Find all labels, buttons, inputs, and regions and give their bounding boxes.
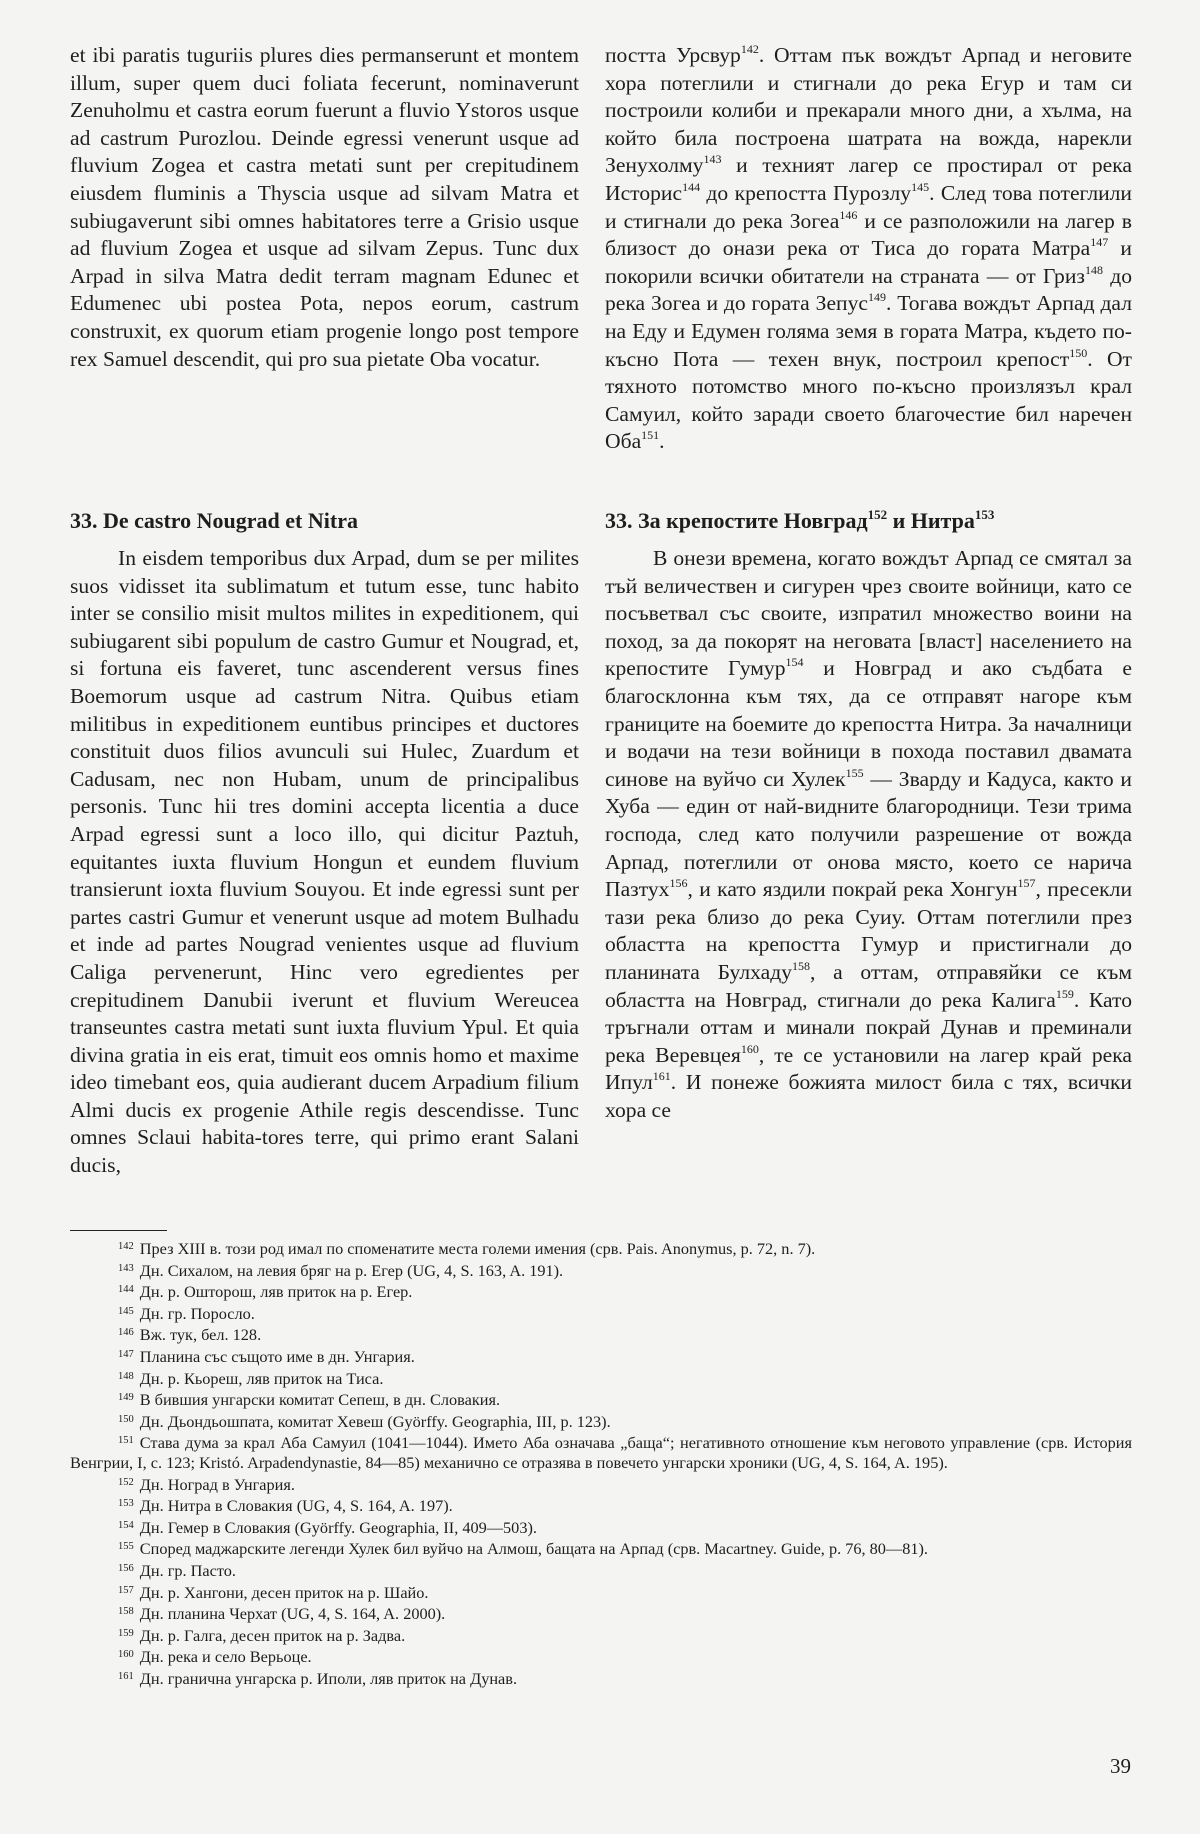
footnote-item: 151Става дума за крал Аба Самуил (1041—1… [70, 1431, 1132, 1472]
footnote-number: 148 [118, 1371, 134, 1382]
page-number: 39 [1110, 1754, 1131, 1779]
footnote-number: 155 [118, 1541, 134, 1552]
footnote-ref[interactable]: 145 [911, 180, 929, 194]
latin-chapter-paragraph: In eisdem temporibus dux Arpad, dum se p… [70, 545, 579, 1180]
footnote-number: 151 [118, 1435, 134, 1446]
footnote-item: 155Според маджарските легенди Хулек бил … [70, 1537, 1132, 1559]
footnote-number: 142 [118, 1241, 134, 1252]
footnote-number: 143 [118, 1263, 134, 1274]
footnote-ref[interactable]: 154 [786, 655, 804, 669]
bulgarian-intro-paragraph: постта Урсвур142. Оттам пък вождът Арпад… [605, 42, 1132, 456]
footnote-ref[interactable]: 149 [868, 290, 886, 304]
footnote-item: 142През XIII в. този род имал по спомена… [70, 1237, 1132, 1259]
footnote-ref[interactable]: 158 [792, 959, 810, 973]
footnote-ref[interactable]: 153 [975, 507, 995, 522]
footnote-item: 145Дн. гр. Поросло. [70, 1302, 1132, 1324]
bulgarian-column-intro: постта Урсвур142. Оттам пък вождът Арпад… [605, 42, 1132, 456]
footnote-number: 146 [118, 1327, 134, 1338]
footnote-number: 157 [118, 1585, 134, 1596]
footnote-ref[interactable]: 156 [669, 876, 687, 890]
footnote-item: 146Вж. тук, бел. 128. [70, 1323, 1132, 1345]
footnote-number: 159 [118, 1628, 134, 1639]
footnote-ref[interactable]: 143 [703, 152, 721, 166]
footnote-item: 157Дн. р. Хангони, десен приток на р. Ша… [70, 1581, 1132, 1603]
footnote-separator [70, 1230, 167, 1231]
footnote-ref[interactable]: 148 [1085, 263, 1103, 277]
footnote-ref[interactable]: 144 [682, 180, 700, 194]
bulgarian-chapter-heading: 33. За крепостите Новград152 и Нитра153 [605, 508, 994, 534]
footnotes: 142През XIII в. този род имал по спомена… [70, 1237, 1132, 1688]
footnote-ref[interactable]: 147 [1090, 235, 1108, 249]
footnote-number: 158 [118, 1606, 134, 1617]
footnote-item: 149В бившия унгарски комитат Сепеш, в дн… [70, 1388, 1132, 1410]
footnote-item: 143Дн. Сихалом, на левия бряг на р. Егер… [70, 1259, 1132, 1281]
bulgarian-column-chapter: В онези времена, когато вождът Арпад се … [605, 545, 1132, 1124]
bulgarian-chapter-paragraph: В онези времена, когато вождът Арпад се … [605, 545, 1132, 1124]
footnote-item: 144Дн. р. Ошторош, ляв приток на р. Егер… [70, 1280, 1132, 1302]
footnote-item: 147Планина със същото име в дн. Унгария. [70, 1345, 1132, 1367]
footnote-ref[interactable]: 159 [1056, 987, 1074, 1001]
footnote-ref[interactable]: 152 [868, 507, 888, 522]
book-page: et ibi paratis tuguriis plures dies perm… [0, 0, 1200, 1834]
footnote-number: 156 [118, 1563, 134, 1574]
footnote-number: 160 [118, 1649, 134, 1660]
footnote-item: 154Дн. Гемер в Словакия (Györffy. Geogra… [70, 1516, 1132, 1538]
footnote-item: 152Дн. Ноград в Унгария. [70, 1473, 1132, 1495]
footnote-ref[interactable]: 155 [846, 766, 864, 780]
footnote-ref[interactable]: 150 [1069, 346, 1087, 360]
footnote-ref[interactable]: 151 [641, 428, 659, 442]
footnote-item: 153Дн. Нитра в Словакия (UG, 4, S. 164, … [70, 1494, 1132, 1516]
footnote-item: 161Дн. гранична унгарска р. Иполи, ляв п… [70, 1667, 1132, 1689]
footnote-ref[interactable]: 161 [653, 1069, 671, 1083]
latin-chapter-heading: 33. De castro Nougrad et Nitra [70, 508, 358, 534]
footnote-item: 160Дн. река и село Верьоце. [70, 1645, 1132, 1667]
footnote-number: 153 [118, 1498, 134, 1509]
footnote-number: 150 [118, 1414, 134, 1425]
footnote-item: 158Дн. планина Черхат (UG, 4, S. 164, A.… [70, 1602, 1132, 1624]
latin-column-chapter: In eisdem temporibus dux Arpad, dum se p… [70, 545, 579, 1180]
footnote-item: 156Дн. гр. Пасто. [70, 1559, 1132, 1581]
footnote-item: 150Дн. Дьондьошпата, комитат Хевеш (Györ… [70, 1410, 1132, 1432]
footnote-item: 148Дн. р. Кьореш, ляв приток на Тиса. [70, 1367, 1132, 1389]
latin-column-intro: et ibi paratis tuguriis plures dies perm… [70, 42, 579, 373]
footnote-item: 159Дн. р. Галга, десен приток на р. Задв… [70, 1624, 1132, 1646]
footnote-number: 144 [118, 1284, 134, 1295]
footnote-number: 149 [118, 1392, 134, 1403]
latin-intro-paragraph: et ibi paratis tuguriis plures dies perm… [70, 42, 579, 373]
footnote-number: 154 [118, 1520, 134, 1531]
footnote-ref[interactable]: 157 [1018, 876, 1036, 890]
footnote-number: 147 [118, 1349, 134, 1360]
footnote-number: 145 [118, 1306, 134, 1317]
footnote-ref[interactable]: 142 [741, 42, 759, 56]
footnote-number: 161 [118, 1671, 134, 1682]
footnote-ref[interactable]: 146 [839, 208, 857, 222]
footnote-number: 152 [118, 1477, 134, 1488]
footnote-ref[interactable]: 160 [741, 1042, 759, 1056]
